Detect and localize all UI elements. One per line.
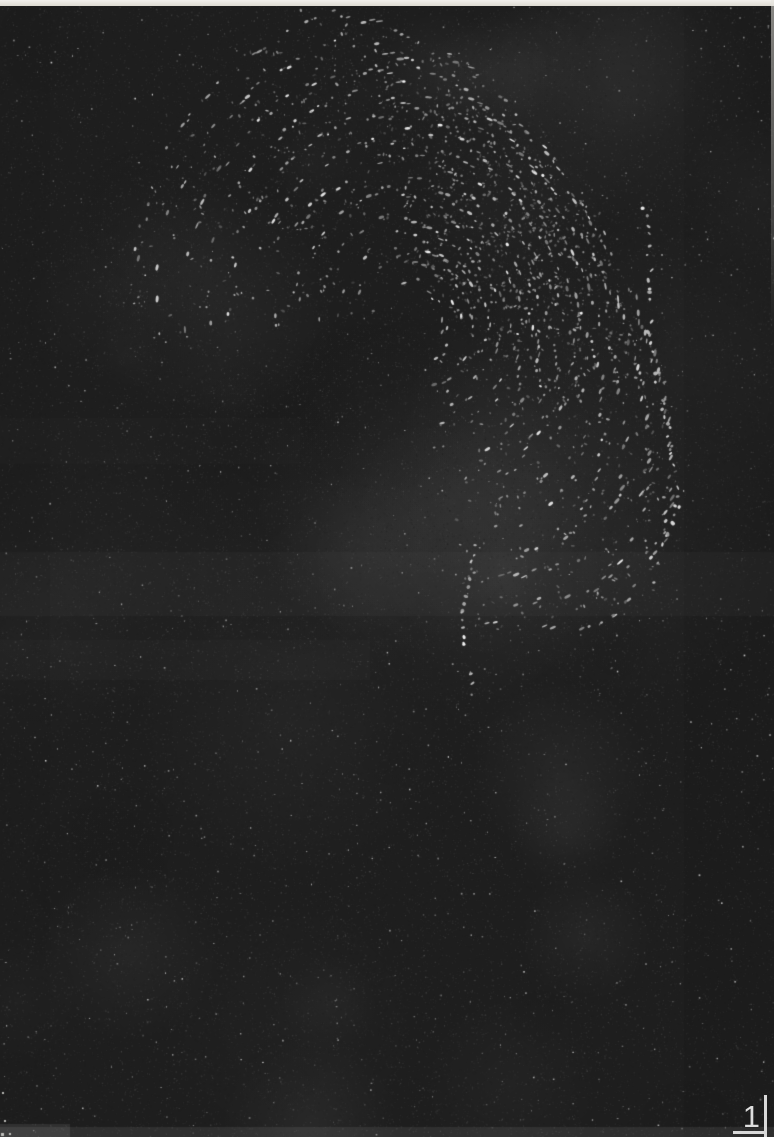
photo-top-edge-strip — [0, 0, 774, 6]
micrograph-figure: 1 — [0, 0, 774, 1137]
photo-right-edge-line — [771, 0, 774, 330]
scale-bar-tick — [764, 1095, 767, 1137]
figure-number-label: 1 — [743, 1101, 760, 1132]
micrograph-image-canvas — [0, 0, 774, 1137]
